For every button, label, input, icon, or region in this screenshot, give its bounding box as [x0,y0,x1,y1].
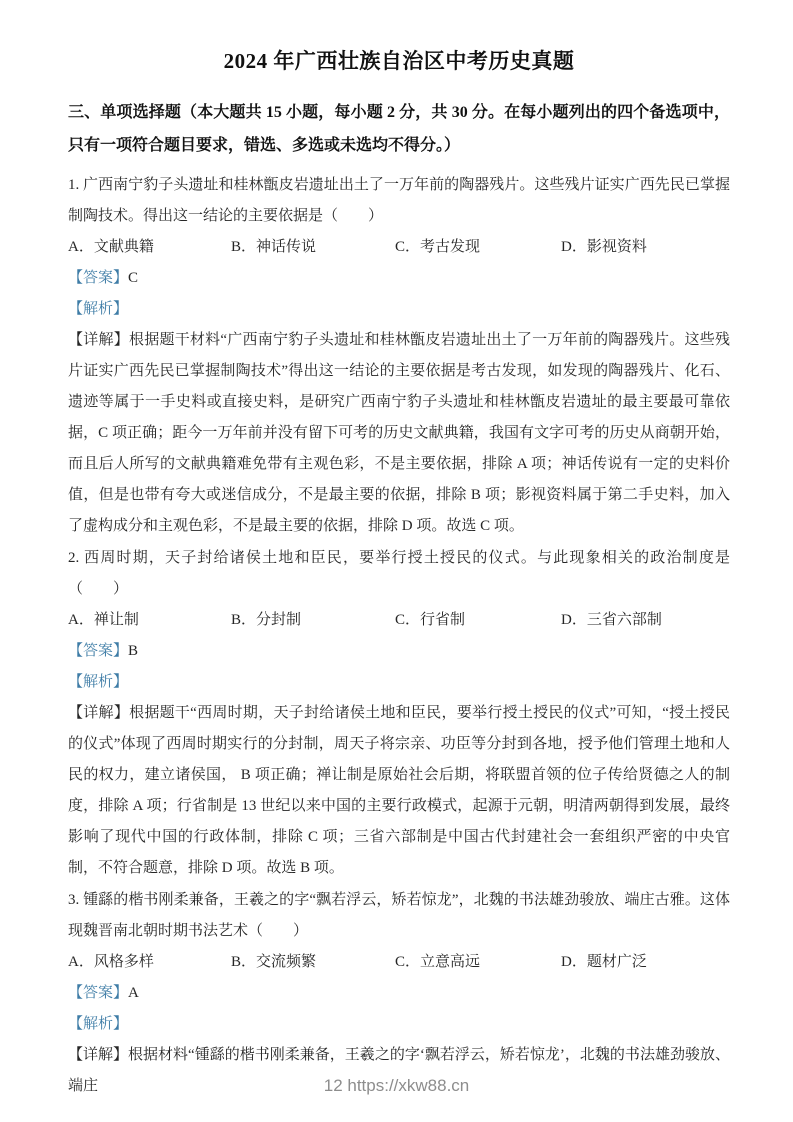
analysis-line: 【解析】 [68,294,730,325]
question-block-1: 1. 广西南宁豹子头遗址和桂林甑皮岩遗址出土了一万年前的陶器残片。这些残片证实广… [68,170,730,542]
detail-paragraph: 【详解】根据题干材料“广西南宁豹子头遗址和桂林甑皮岩遗址出土了一万年前的陶器残片… [68,325,730,542]
question-stem: 2. 西周时期，天子封给诸侯土地和臣民，要举行授土授民的仪式。与此现象相关的政治… [68,543,730,605]
exam-page: 2024 年广西壮族自治区中考历史真题 三、单项选择题（本大题共 15 小题，每… [0,0,793,1122]
option-b: B．神话传说 [231,232,395,263]
detail-paragraph: 【详解】根据题干“西周时期，天子封给诸侯土地和臣民，要举行授土授民的仪式”可知，… [68,698,730,884]
answer-value: C [128,270,138,286]
answer-label: 【答案】 [68,985,128,1001]
answer-line: 【答案】C [68,263,730,294]
question-stem: 3. 锺繇的楷书刚柔兼备，王羲之的字“飘若浮云，矫若惊龙”，北魏的书法雄劲骏放、… [68,885,730,947]
option-b: B．分封制 [231,605,395,636]
detail-text: 根据题干“西周时期，天子封给诸侯土地和臣民，要举行授土授民的仪式”可知，“授土授… [68,705,730,876]
analysis-label: 【解析】 [68,674,128,690]
option-b: B．交流频繁 [231,947,395,978]
question-block-2: 2. 西周时期，天子封给诸侯土地和臣民，要举行授土授民的仪式。与此现象相关的政治… [68,543,730,884]
detail-text: 根据题干材料“广西南宁豹子头遗址和桂林甑皮岩遗址出土了一万年前的陶器残片。这些残… [68,332,730,534]
analysis-line: 【解析】 [68,667,730,698]
option-d: D．三省六部制 [561,605,730,636]
answer-line: 【答案】B [68,636,730,667]
analysis-line: 【解析】 [68,1009,730,1040]
option-a: A．风格多样 [68,947,231,978]
answer-line: 【答案】A [68,978,730,1009]
option-d: D．题材广泛 [561,947,730,978]
option-c: C．立意高远 [395,947,561,978]
answer-label: 【答案】 [68,643,128,659]
options-row: A．禅让制 B．分封制 C．行省制 D．三省六部制 [68,605,730,636]
options-row: A．风格多样 B．交流频繁 C．立意高远 D．题材广泛 [68,947,730,978]
option-d: D．影视资料 [561,232,730,263]
options-row: A．文献典籍 B．神话传说 C．考古发现 D．影视资料 [68,232,730,263]
option-c: C．行省制 [395,605,561,636]
answer-value: A [128,985,139,1001]
option-c: C．考古发现 [395,232,561,263]
analysis-label: 【解析】 [68,1016,128,1032]
analysis-label: 【解析】 [68,301,128,317]
option-a: A．文献典籍 [68,232,231,263]
answer-value: B [128,643,138,659]
section-heading: 三、单项选择题（本大题共 15 小题，每小题 2 分，共 30 分。在每小题列出… [68,96,730,162]
option-a: A．禅让制 [68,605,231,636]
detail-label: 【详解】 [68,1047,128,1063]
answer-label: 【答案】 [68,270,128,286]
page-footer: 12 https://xkw88.cn [0,1076,793,1096]
question-block-3: 3. 锺繇的楷书刚柔兼备，王羲之的字“飘若浮云，矫若惊龙”，北魏的书法雄劲骏放、… [68,885,730,1102]
detail-label: 【详解】 [68,332,129,348]
detail-label: 【详解】 [68,705,129,721]
page-title: 2024 年广西壮族自治区中考历史真题 [68,46,730,76]
question-stem: 1. 广西南宁豹子头遗址和桂林甑皮岩遗址出土了一万年前的陶器残片。这些残片证实广… [68,170,730,232]
